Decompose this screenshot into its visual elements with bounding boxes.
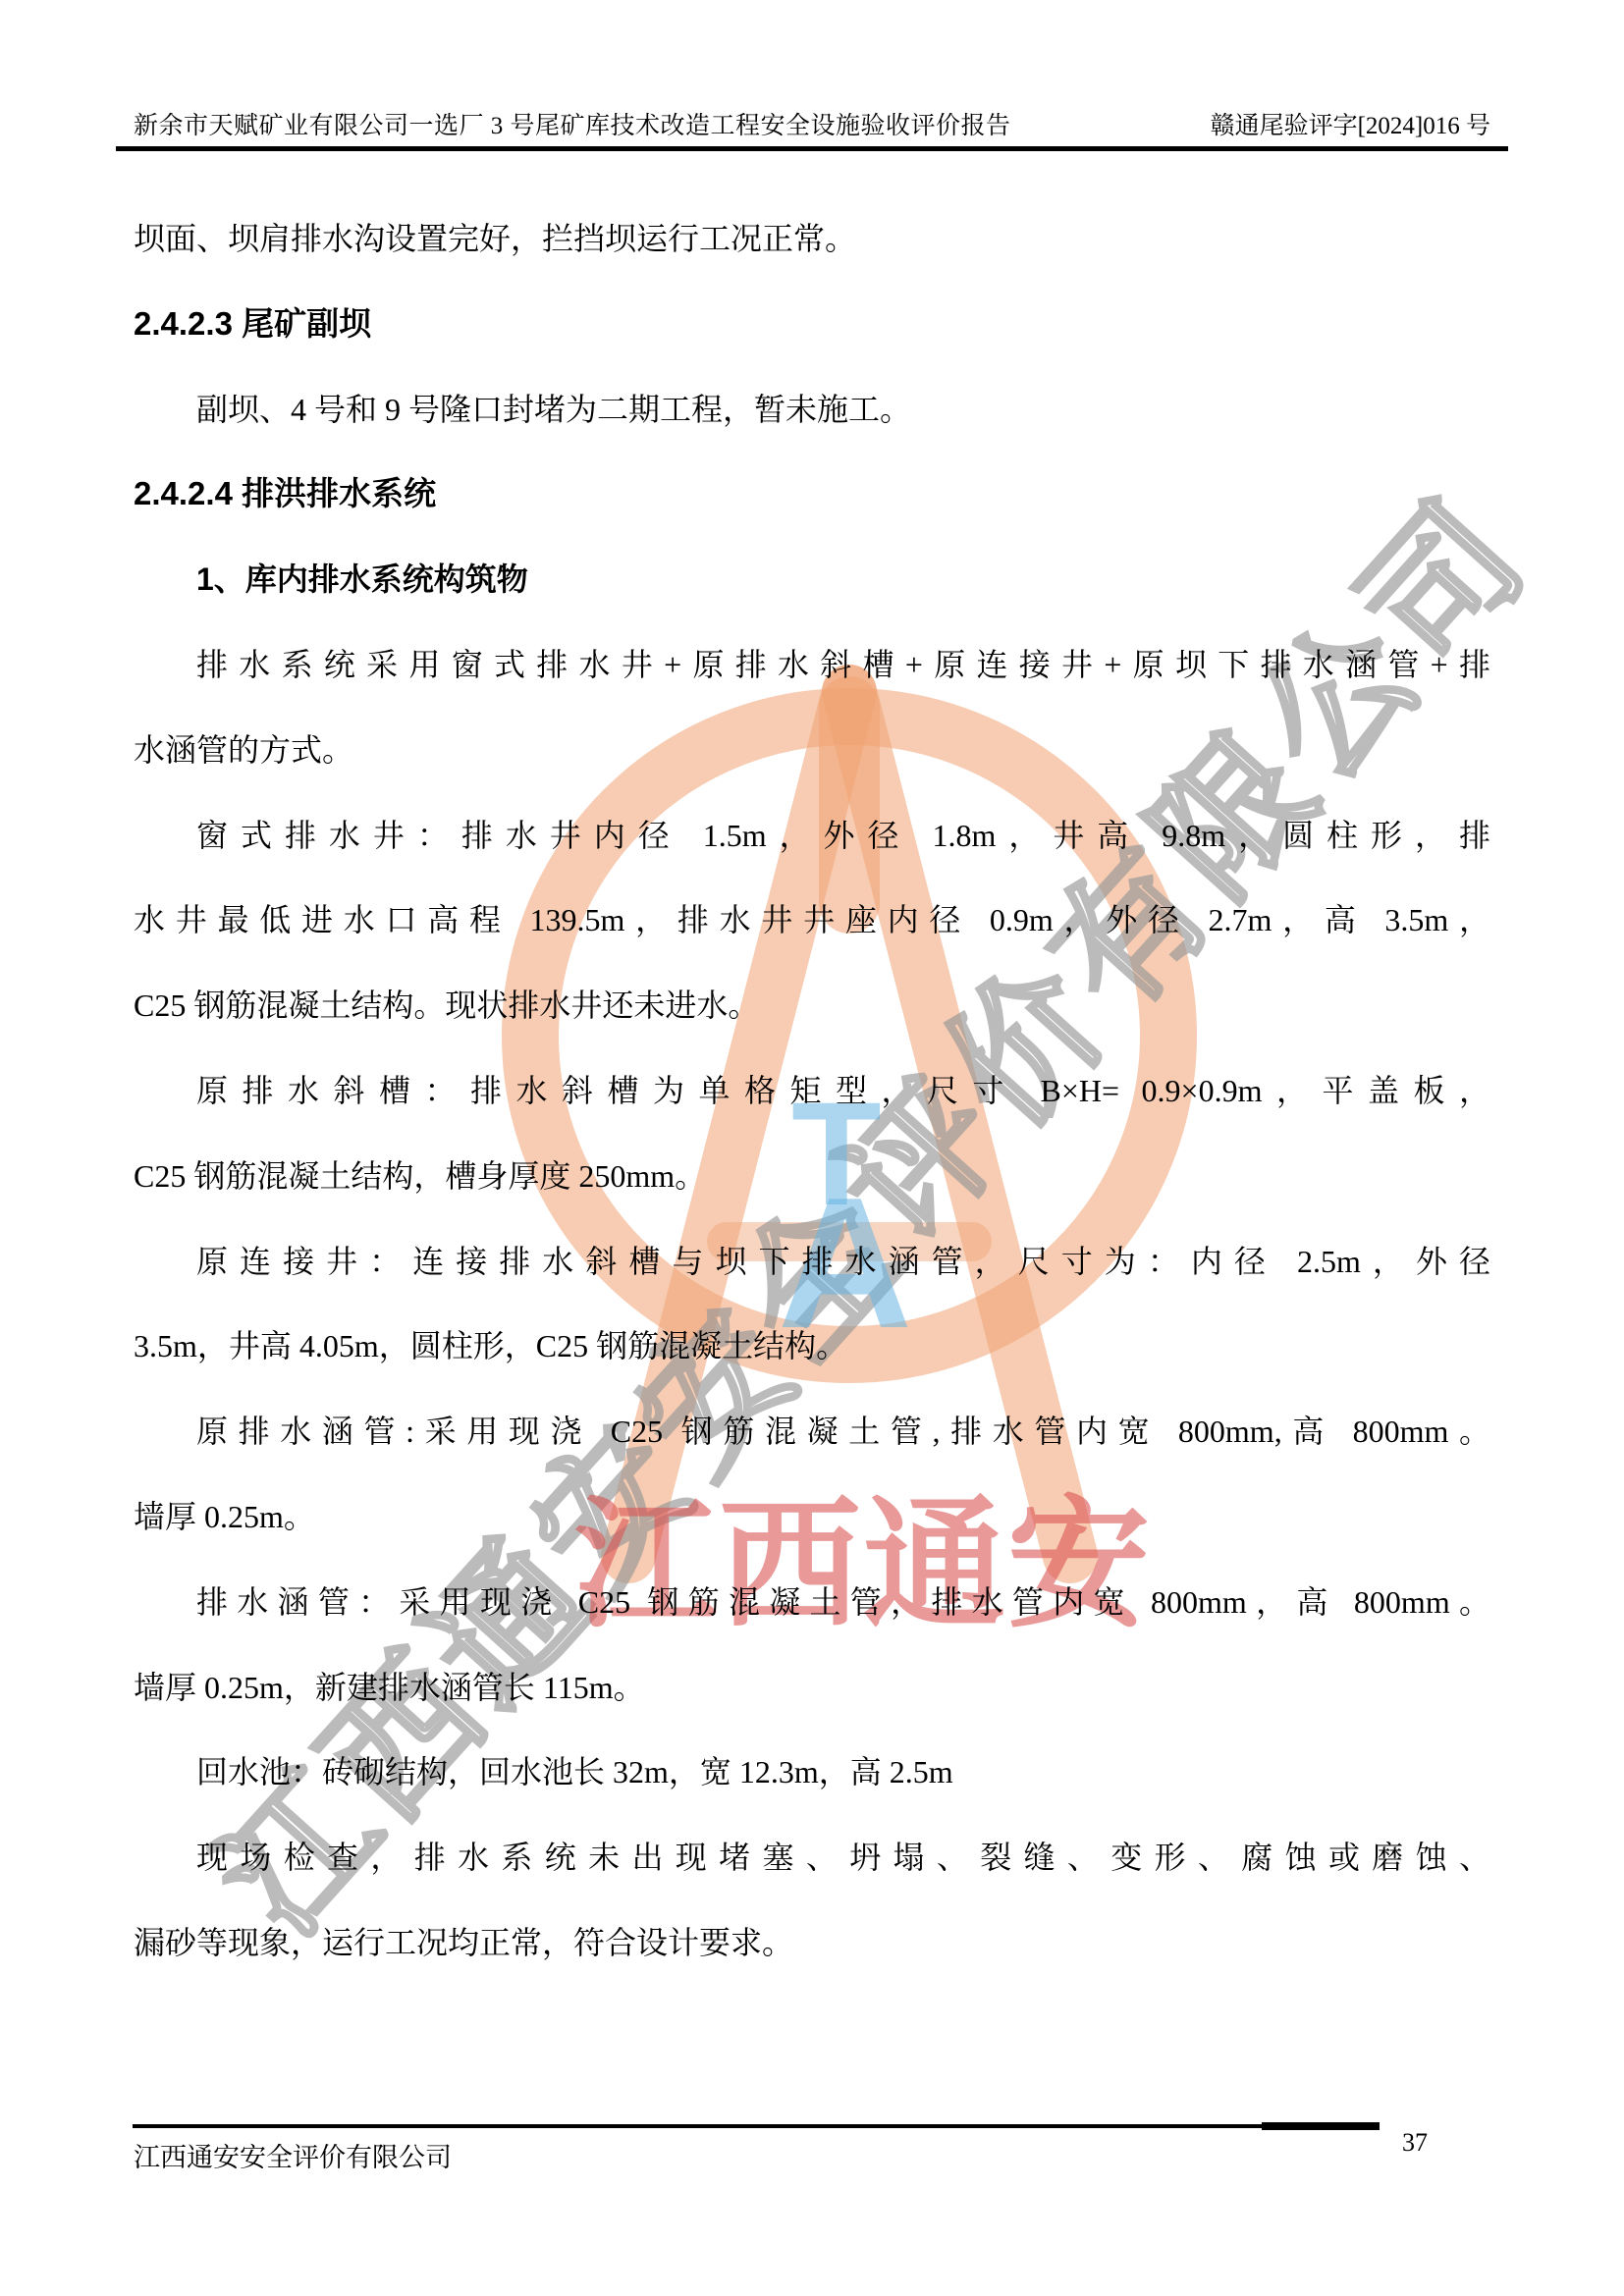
sub-heading: 1、库内排水系统构筑物 <box>134 537 1490 622</box>
text-line: 墙厚 0.25m。 <box>134 1474 1490 1560</box>
document-body: 坝面、坝肩排水沟设置完好，拦挡坝运行工况正常。2.4.2.3 尾矿副坝副坝、4 … <box>134 196 1490 1986</box>
text-line: 排水涵管：采用现浇 C25 钢筋混凝土管，排水管内宽 800mm，高 800mm… <box>134 1560 1490 1645</box>
text-line: 3.5m，井高 4.05m，圆柱形，C25 钢筋混凝土结构。 <box>134 1304 1490 1389</box>
text-line: 原排水涵管:采用现浇 C25 钢筋混凝土管,排水管内宽 800mm,高 800m… <box>134 1389 1490 1474</box>
header-report-title: 新余市天赋矿业有限公司一选厂 3 号尾矿库技术改造工程安全设施验收评价报告 <box>134 106 1011 141</box>
text-line: C25 钢筋混凝土结构，槽身厚度 250mm。 <box>134 1134 1490 1219</box>
header-document-number: 赣通尾验评字[2024]016 号 <box>1211 106 1490 141</box>
text-line: 回水池：砖砌结构，回水池长 32m，宽 12.3m，高 2.5m <box>134 1730 1490 1815</box>
text-line: 漏砂等现象，运行工况均正常，符合设计要求。 <box>134 1900 1490 1986</box>
footer-company-name: 江西通安安全评价有限公司 <box>134 2136 452 2174</box>
text-line: C25 钢筋混凝土结构。现状排水井还未进水。 <box>134 963 1490 1048</box>
text-line: 原连接井：连接排水斜槽与坝下排水涵管，尺寸为：内径 2.5m，外径 <box>134 1219 1490 1305</box>
text-line: 原排水斜槽：排水斜槽为单格矩型，尺寸 B×H= 0.9×0.9m，平盖板， <box>134 1048 1490 1134</box>
text-line: 水涵管的方式。 <box>134 708 1490 793</box>
section-heading: 2.4.2.4 排洪排水系统 <box>134 452 1490 537</box>
text-line: 坝面、坝肩排水沟设置完好，拦挡坝运行工况正常。 <box>134 196 1490 282</box>
footer-rule <box>133 2124 1380 2128</box>
text-line: 排水系统采用窗式排水井+原排水斜槽+原连接井+原坝下排水涵管+排 <box>134 622 1490 708</box>
section-heading: 2.4.2.3 尾矿副坝 <box>134 282 1490 367</box>
header-rule <box>116 146 1508 151</box>
text-line: 现场检查，排水系统未出现堵塞、坍塌、裂缝、变形、腐蚀或磨蚀、 <box>134 1815 1490 1900</box>
text-line: 水井最低进水口高程 139.5m，排水井井座内径 0.9m，外径 2.7m，高 … <box>134 878 1490 963</box>
text-line: 墙厚 0.25m，新建排水涵管长 115m。 <box>134 1645 1490 1731</box>
text-line: 副坝、4 号和 9 号隆口封堵为二期工程，暂未施工。 <box>134 367 1490 453</box>
page-number: 37 <box>1402 2128 1428 2158</box>
text-line: 窗式排水井：排水井内径 1.5m，外径 1.8m，井高 9.8m，圆柱形，排 <box>134 793 1490 879</box>
footer-rule-segment <box>1262 2122 1380 2130</box>
document-page: 江西通安安全评价有限公司 T A 江西通安 新余市天赋矿业有限公司一选厂 3 号… <box>0 0 1624 2296</box>
